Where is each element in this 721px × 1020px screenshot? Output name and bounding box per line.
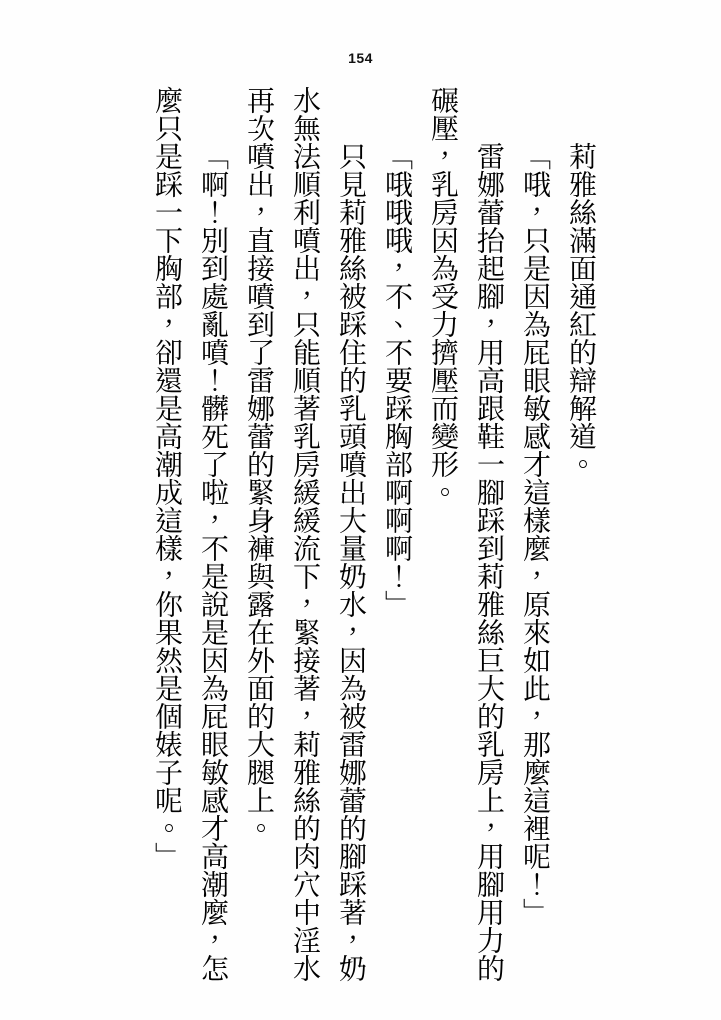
book-page: 154 莉雅絲滿面通紅的辯解道。「哦，只是因為屁眼敏感才這樣麼，原來如此，那麼這… xyxy=(0,0,721,1020)
text-block: 莉雅絲滿面通紅的辯解道。「哦，只是因為屁眼敏感才這樣麼，原來如此，那麼這裡呢！」… xyxy=(143,86,603,982)
paragraph: 「哦哦哦，不、不要踩胸部啊啊啊！」 xyxy=(373,86,419,982)
paragraph: 「啊！別到處亂噴！髒死了啦，不是說是因為屁眼敏感才高潮麼，怎麼只是踩一下胸部，卻… xyxy=(143,86,235,982)
paragraph: 雷娜蕾抬起腳，用高跟鞋一腳踩到莉雅絲巨大的乳房上，用腳用力的碾壓，乳房因為受力擠… xyxy=(419,86,511,982)
page-number: 154 xyxy=(0,50,721,66)
paragraph: 只見莉雅絲被踩住的乳頭噴出大量奶水，因為被雷娜蕾的腳踩著，奶水無法順利噴出，只能… xyxy=(235,86,373,982)
paragraph: 「哦，只是因為屁眼敏感才這樣麼，原來如此，那麼這裡呢！」 xyxy=(511,86,557,982)
paragraph: 莉雅絲滿面通紅的辯解道。 xyxy=(557,86,603,982)
